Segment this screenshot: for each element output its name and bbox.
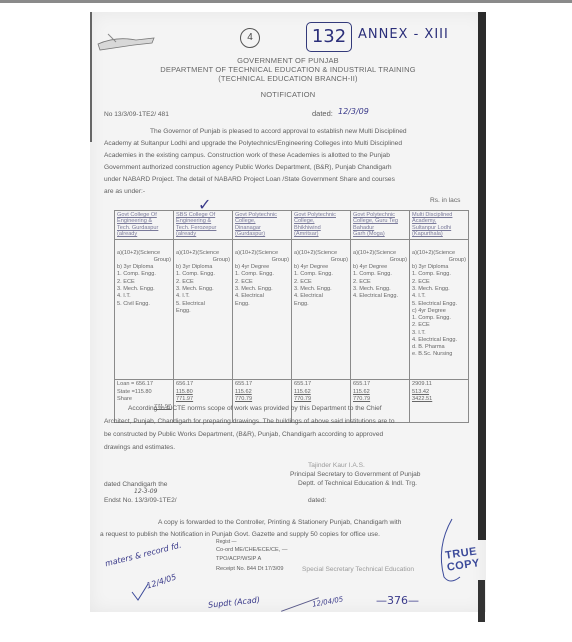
course-line: 5. Electrical Engg. bbox=[412, 301, 466, 308]
table-column-heading: Govt PolytechnicCollege,Dinanagar(Gurdas… bbox=[233, 211, 292, 240]
handwritten-page-number: 132 bbox=[306, 22, 352, 52]
staple-icon bbox=[96, 30, 156, 52]
heading-line: (already bbox=[176, 231, 230, 237]
course-line: Group) bbox=[117, 257, 171, 264]
reference-dated-value: 12/3/09 bbox=[338, 107, 369, 116]
amount-line: 655.17 bbox=[353, 381, 407, 389]
handwritten-page-circle: 4 bbox=[240, 28, 260, 48]
course-line: 1. Comp. Engg. bbox=[235, 271, 289, 278]
course-line: 1. Comp. Engg. bbox=[176, 271, 230, 278]
amount-line: 2909.11 bbox=[412, 381, 466, 389]
course-line: b) 3yr Diploma bbox=[176, 264, 230, 271]
amount-line: 655.17 bbox=[235, 381, 289, 389]
course-line: b) 4yr Degree bbox=[235, 264, 289, 271]
amount-line: 3422.51 bbox=[412, 396, 466, 404]
course-line: 2. ECE bbox=[412, 322, 466, 329]
course-line: 2. ECE bbox=[294, 279, 348, 286]
table-column-heading: Govt PolytechnicCollege, Guru TegBahadur… bbox=[351, 211, 410, 240]
course-line: c) 4yr Degree bbox=[412, 308, 466, 315]
amount-line: 115.62 bbox=[353, 389, 407, 397]
course-line: 3. Mech. Engg. bbox=[294, 286, 348, 293]
para2-line: Architect, Punjab, Chandigarh for prepar… bbox=[104, 418, 395, 425]
para2-line: drawings and estimates. bbox=[104, 444, 175, 451]
reference-number: No 13/3/09-1TE2/ 481 bbox=[104, 111, 169, 118]
amount-line: 513.42 bbox=[412, 389, 466, 397]
amount-line: 771.97 bbox=[176, 396, 230, 404]
notification-title: NOTIFICATION bbox=[90, 90, 486, 99]
course-line: b) 3yr Diploma bbox=[412, 264, 466, 271]
amount-line: 770.79 bbox=[353, 396, 407, 404]
dated-chandigarh-label: dated Chandigarh the bbox=[104, 481, 167, 488]
course-line: 3. Mech. Engg. bbox=[235, 286, 289, 293]
table-column-heading: Govt PolytechnicCollege,Bhikhiwind(Amrit… bbox=[292, 211, 351, 240]
course-line: 1. Comp. Engg. bbox=[117, 271, 171, 278]
table-column-heading: Multi DisciplinedAcademy,Sultanpur Lodhi… bbox=[410, 211, 469, 240]
para1-line: Academy at Sultanpur Lodhi and upgrade t… bbox=[104, 140, 402, 147]
course-line: 4. I.T. bbox=[412, 293, 466, 300]
para1-line: are as under:- bbox=[104, 188, 145, 195]
handwritten-note-supdt: Supdt (Acad) bbox=[208, 595, 261, 609]
endorsement-para-line-2: a request to publish the Notification in… bbox=[100, 531, 380, 538]
header-department: DEPARTMENT OF TECHNICAL EDUCATION & INDU… bbox=[90, 65, 486, 74]
para1-line: Government authorized construction agenc… bbox=[104, 164, 392, 171]
table-courses-cell: a)(10+2)(ScienceGroup)b) 4yr Degree1. Co… bbox=[351, 239, 410, 379]
course-line: e. B.Sc. Nursing bbox=[412, 351, 466, 358]
course-line: Engg. bbox=[294, 301, 348, 308]
endorsement-number: Endst No. 13/3/09-1TE2/ bbox=[104, 497, 177, 504]
signatory-department: Deptt. of Technical Education & Indl. Tr… bbox=[298, 480, 417, 487]
amount-line: Share bbox=[117, 396, 171, 404]
endorsement-para-line-1: A copy is forwarded to the Controller, P… bbox=[158, 519, 401, 526]
course-line: 5. Electrical bbox=[176, 301, 230, 308]
page-edge-shadow bbox=[90, 12, 92, 142]
heading-line: (Gurdaspur) bbox=[235, 231, 289, 237]
course-line: Group) bbox=[235, 257, 289, 264]
course-line: a)(10+2)(Science bbox=[353, 250, 407, 257]
dated-chandigarh-value: 12-3-09 bbox=[134, 488, 157, 495]
course-line: 1. Comp. Engg. bbox=[294, 271, 348, 278]
table-amounts-cell: 656.17115.80771.97 bbox=[174, 379, 233, 422]
table-courses-cell: a)(10+2)(ScienceGroup)b) 3yr Diploma1. C… bbox=[115, 239, 174, 379]
course-line: 5. Civil Engg. bbox=[117, 301, 171, 308]
handwritten-note-record: maters & record fd. bbox=[104, 541, 182, 569]
course-line: a)(10+2)(Science bbox=[235, 250, 289, 257]
course-line: 2. ECE bbox=[353, 279, 407, 286]
course-line: 2. ECE bbox=[117, 279, 171, 286]
stamp-line-tpo: TPO/ACP/WSIP A bbox=[216, 556, 261, 562]
course-line: Engg. bbox=[176, 308, 230, 315]
course-line: b) 3yr Diploma bbox=[117, 264, 171, 271]
handwritten-bottom-number: —376— bbox=[376, 594, 419, 607]
para1-line: under NABARD Project. The detail of NABA… bbox=[104, 176, 395, 183]
course-line: 2. ECE bbox=[412, 279, 466, 286]
course-line: 1. Comp. Engg. bbox=[412, 271, 466, 278]
para2-line: According to AICTE norms scope of work w… bbox=[128, 405, 382, 412]
header-government: GOVERNMENT OF PUNJAB bbox=[90, 56, 486, 65]
table-amounts-cell: 2909.11513.423422.51 bbox=[410, 379, 469, 422]
course-line: Group) bbox=[353, 257, 407, 264]
signatory-title: Principal Secretary to Government of Pun… bbox=[290, 471, 420, 478]
course-line: 4. I.T. bbox=[176, 293, 230, 300]
course-line: 2. ECE bbox=[176, 279, 230, 286]
course-line: 4. Electrical Engg. bbox=[353, 293, 407, 300]
academy-details-table: Govt College OfEngineering &Tech. Gurdas… bbox=[114, 210, 469, 423]
para1-line: The Governor of Punjab is pleased to acc… bbox=[150, 128, 407, 135]
page-edge-shadow bbox=[478, 580, 485, 622]
course-line: a)(10+2)(Science bbox=[294, 250, 348, 257]
course-line: a)(10+2)(Science bbox=[117, 250, 171, 257]
course-line: Group) bbox=[294, 257, 348, 264]
table-column-heading: SBS College OfEngineering &Tech. Ferozep… bbox=[174, 211, 233, 240]
check-mark-icon bbox=[130, 582, 150, 602]
amount-line: 770.79 bbox=[294, 396, 348, 404]
course-line: 3. Mech. Engg. bbox=[353, 286, 407, 293]
page-edge-shadow bbox=[478, 12, 486, 540]
course-line: 3. Mech. Engg. bbox=[412, 286, 466, 293]
course-line: 4. Electrical bbox=[294, 293, 348, 300]
header-branch: (TECHNICAL EDUCATION BRANCH-II) bbox=[90, 74, 486, 83]
course-line: Engg. bbox=[235, 301, 289, 308]
table-courses-cell: a)(10+2)(ScienceGroup)b) 3yr Diploma1. C… bbox=[410, 239, 469, 379]
amount-line: 656.17 bbox=[176, 381, 230, 389]
amount-line: Loan = 656.17 bbox=[117, 381, 171, 389]
amount-line: 655.17 bbox=[294, 381, 348, 389]
signatory-name: Tajinder Kaur I.A.S. bbox=[308, 462, 365, 469]
table-amounts-cell: 655.17115.62770.79 bbox=[292, 379, 351, 422]
special-secretary-label: Special Secretary Technical Education bbox=[302, 566, 414, 573]
handwritten-note-date-1: 12/4/05 bbox=[145, 572, 177, 590]
course-line: 4. Electrical bbox=[235, 293, 289, 300]
table-amounts-cell: Loan = 656.17State =115.80Share771.97 bbox=[115, 379, 174, 422]
course-line: 1. Comp. Engg. bbox=[353, 271, 407, 278]
table-courses-cell: a)(10+2)(ScienceGroup)b) 4yr Degree1. Co… bbox=[292, 239, 351, 379]
para2-line: be constructed by Public Works Departmen… bbox=[104, 431, 383, 438]
amount-line: 115.80 bbox=[176, 389, 230, 397]
amount-line: 115.62 bbox=[294, 389, 348, 397]
table-units-label: Rs. in lacs bbox=[430, 197, 460, 204]
endorsement-dated-label: dated: bbox=[308, 497, 326, 504]
course-line: d. B. Pharma bbox=[412, 344, 466, 351]
course-line: b) 4yr Degree bbox=[353, 264, 407, 271]
amount-line: 770.79 bbox=[235, 396, 289, 404]
amount-line: 115.62 bbox=[235, 389, 289, 397]
course-line: a)(10+2)(Science bbox=[412, 250, 466, 257]
course-line: Group) bbox=[176, 257, 230, 264]
course-line: 3. Mech. Engg. bbox=[176, 286, 230, 293]
heading-line: (Kapurthala) bbox=[412, 231, 466, 237]
signature-loop-icon bbox=[430, 517, 470, 587]
course-line: b) 4yr Degree bbox=[294, 264, 348, 271]
heading-line: Garh (Moga) bbox=[353, 231, 407, 237]
course-line: 3. Mech. Engg. bbox=[117, 286, 171, 293]
course-line: Group) bbox=[412, 257, 466, 264]
table-amounts-cell: 655.17115.62770.79 bbox=[233, 379, 292, 422]
course-line: 1. Comp. Engg. bbox=[412, 315, 466, 322]
course-line: 4. I.T. bbox=[117, 293, 171, 300]
course-line: 4. Electrical Engg. bbox=[412, 337, 466, 344]
top-border bbox=[0, 0, 572, 3]
reference-dated-label: dated: bbox=[312, 109, 333, 118]
course-line: a)(10+2)(Science bbox=[176, 250, 230, 257]
table-amounts-cell: 655.17115.62770.79 bbox=[351, 379, 410, 422]
para1-line: Academies in the existing campus. Constr… bbox=[104, 152, 390, 159]
table-column-heading: Govt College OfEngineering &Tech. Gurdas… bbox=[115, 211, 174, 240]
heading-line: (already bbox=[117, 231, 171, 237]
table-courses-cell: a)(10+2)(ScienceGroup)b) 4yr Degree1. Co… bbox=[233, 239, 292, 379]
course-line: 2. ECE bbox=[235, 279, 289, 286]
stamp-line-coord: Co-ord ME/CHE/ECE/CE, — bbox=[216, 547, 288, 553]
table-courses-cell: a)(10+2)(ScienceGroup)b) 3yr Diploma1. C… bbox=[174, 239, 233, 379]
heading-line: (Amritsar) bbox=[294, 231, 348, 237]
scanned-document-page: 4 132 ANNEX - XIII GOVERNMENT OF PUNJAB … bbox=[90, 12, 486, 612]
amount-line: State =115.80 bbox=[117, 389, 171, 397]
course-line: 3. I.T. bbox=[412, 330, 466, 337]
handwritten-annex-label: ANNEX - XIII bbox=[358, 27, 449, 42]
stamp-line-regist: Regist — bbox=[216, 539, 237, 545]
stamp-line-receipt: Receipt No. 844 Dt 17/3/09 bbox=[216, 566, 283, 572]
